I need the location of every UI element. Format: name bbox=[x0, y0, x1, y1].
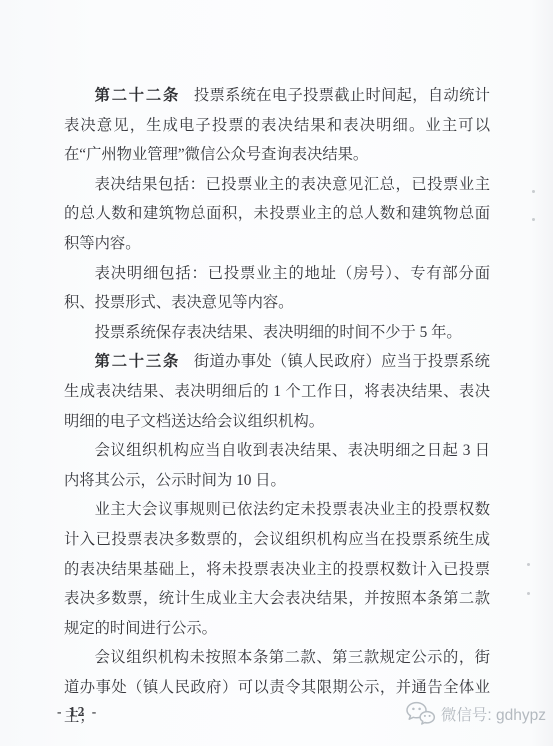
paragraph: 第二十三条街道办事处（镇人民政府）应当于投票系统生成表决结果、表决明细后的 1 … bbox=[64, 347, 490, 436]
paragraph-text: 业主大会议事规则已依法约定未投票表决业主的投票权数计入已投票表决多数票的，会议组… bbox=[64, 501, 490, 636]
scan-speck bbox=[527, 592, 530, 595]
paragraph-text: 表决明细包括：已投票业主的地址（房号）、专有部分面积、投票形式、表决意见等内容。 bbox=[64, 265, 490, 312]
document-page: 第二十二条投票系统在电子投票截止时间起，自动统计表决意见，生成电子投票的表决结果… bbox=[0, 0, 553, 746]
paragraph-text: 表决结果包括：已投票业主的表决意见汇总，已投票业主的总人数和建筑物总面积，未投票… bbox=[64, 176, 490, 252]
wechat-watermark: 微信号: gdhypz bbox=[405, 701, 546, 726]
paragraph: 投票系统保存表决结果、表决明细的时间不少于 5 年。 bbox=[64, 318, 490, 348]
article-heading: 第二十二条 bbox=[95, 87, 181, 104]
scan-speck bbox=[532, 218, 535, 221]
article-heading: 第二十三条 bbox=[95, 353, 181, 370]
scan-speck bbox=[532, 190, 535, 193]
wechat-icon bbox=[405, 701, 436, 726]
paragraph: 会议组织机构应当自收到表决结果、表决明细之日起 3 日内将其公示，公示时间为 1… bbox=[64, 436, 490, 495]
document-body: 第二十二条投票系统在电子投票截止时间起，自动统计表决意见，生成电子投票的表决结果… bbox=[64, 81, 490, 732]
paragraph: 业主大会议事规则已依法约定未投票表决业主的投票权数计入已投票表决多数票的，会议组… bbox=[64, 495, 490, 643]
paragraph: 第二十二条投票系统在电子投票截止时间起，自动统计表决意见，生成电子投票的表决结果… bbox=[64, 81, 490, 170]
paragraph: 表决明细包括：已投票业主的地址（房号）、专有部分面积、投票形式、表决意见等内容。 bbox=[64, 259, 490, 318]
watermark-label: 微信号: gdhypz bbox=[441, 703, 546, 725]
page-number: - 12 - bbox=[57, 704, 98, 720]
paragraph: 表决结果包括：已投票业主的表决意见汇总，已投票业主的总人数和建筑物总面积，未投票… bbox=[64, 170, 490, 259]
paragraph-text: 投票系统保存表决结果、表决明细的时间不少于 5 年。 bbox=[95, 324, 462, 341]
scan-speck bbox=[527, 563, 530, 566]
paragraph-text: 会议组织机构应当自收到表决结果、表决明细之日起 3 日内将其公示，公示时间为 1… bbox=[64, 442, 490, 489]
